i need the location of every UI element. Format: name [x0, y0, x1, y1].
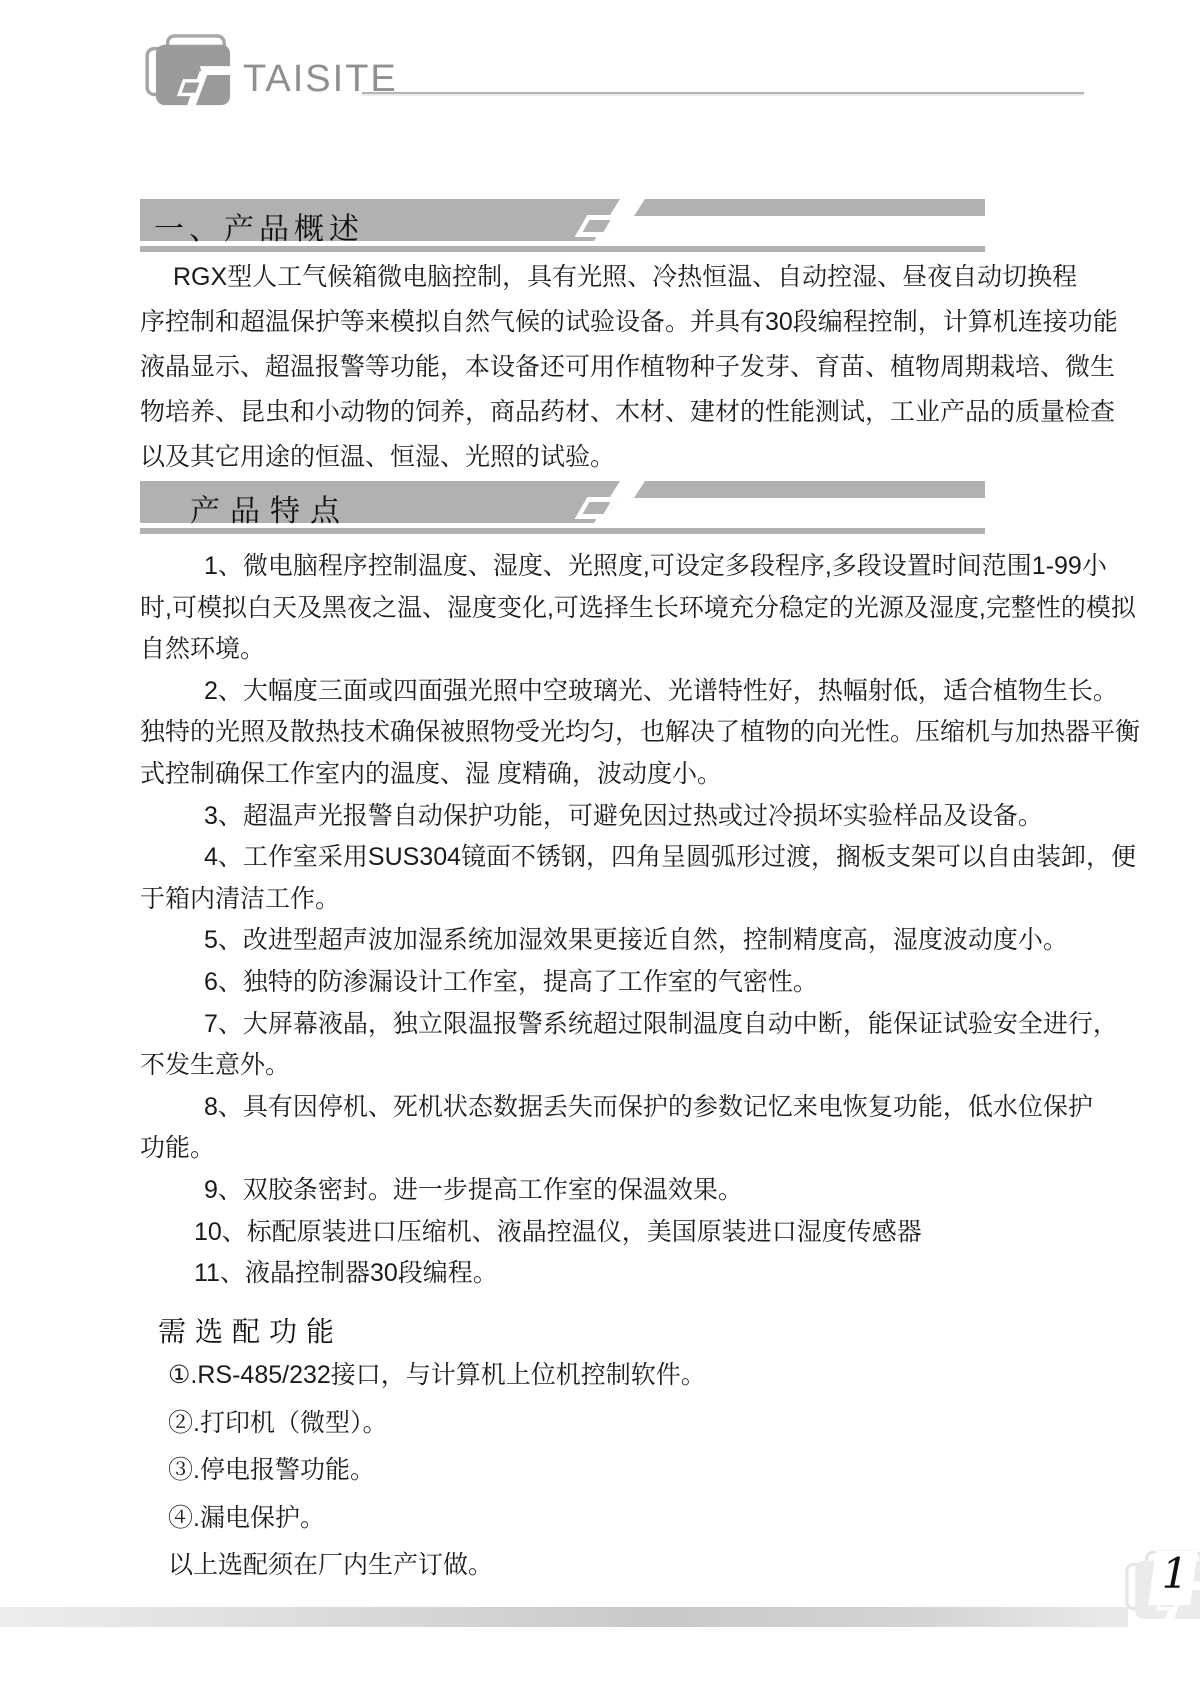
- section-bar-overview: 一、产品概述: [140, 199, 985, 252]
- header-rule: [362, 92, 1084, 96]
- text-line: 独特的光照及散热技术确保被照物受光均匀，也解决了植物的向光性。压缩机与加热器平衡: [140, 712, 1090, 754]
- section-title-features: 产品特点: [190, 486, 350, 530]
- text-line: 1、微电脑程序控制温度、湿度、光照度,可设定多段程序,多段设置时间范围1-99小: [140, 546, 1090, 588]
- text-line: 物培养、昆虫和小动物的饲养，商品药材、木材、建材的性能测试，工业产品的质量检查: [140, 390, 1090, 435]
- text-line: 液晶显示、超温报警等功能，本设备还可用作植物种子发芽、育苗、植物周期栽培、微生: [140, 345, 1090, 390]
- section-bar-features: 产品特点: [140, 481, 985, 534]
- text-line: 10、标配原装进口压缩机、液晶控温仪，美国原装进口湿度传感器: [140, 1212, 1090, 1254]
- document-page: TAISITE 一、产品概述 RGX型人工气候箱微电脑控制，具有光照、冷热恒温、…: [0, 0, 1200, 1694]
- text-line: 8、具有因停机、死机状态数据丢失而保护的参数记忆来电恢复功能，低水位保护: [140, 1087, 1090, 1129]
- text-line: 序控制和超温保护等来模拟自然气候的试验设备。并具有30段编程控制，计算机连接功能: [140, 300, 1090, 345]
- text-line: 7、大屏幕液晶，独立限温报警系统超过限制温度自动中断，能保证试验安全进行，: [140, 1004, 1090, 1046]
- text-line: 不发生意外。: [140, 1045, 1090, 1087]
- text-line: ④.漏电保护。: [168, 1495, 1118, 1543]
- text-line: 于箱内清洁工作。: [140, 879, 1090, 921]
- text-line: 6、独特的防渗漏设计工作室，提高了工作室的气密性。: [140, 962, 1090, 1004]
- text-line: 5、改进型超声波加湿系统加湿效果更接近自然，控制精度高，湿度波动度小。: [140, 920, 1090, 962]
- text-line: ①.RS-485/232接口，与计算机上位机控制软件。: [168, 1352, 1118, 1400]
- text-line: 4、工作室采用SUS304镜面不锈钢，四角呈圆弧形过渡，搁板支架可以自由装卸，便: [140, 837, 1090, 879]
- page-number: 1: [1160, 1549, 1190, 1598]
- text-line: 以及其它用途的恒温、恒湿、光照的试验。: [140, 435, 1090, 480]
- text-line: ②.打印机（微型）。: [168, 1400, 1118, 1448]
- text-line: 3、超温声光报警自动保护功能，可避免因过热或过冷损坏实验样品及设备。: [140, 796, 1090, 838]
- text-line: 功能。: [140, 1128, 1090, 1170]
- text-line: RGX型人工气候箱微电脑控制，具有光照、冷热恒温、自动控湿、昼夜自动切换程: [140, 255, 1090, 300]
- footer-rule: [0, 1607, 1128, 1627]
- bar-right-block: [634, 199, 985, 216]
- text-line: 时,可模拟白天及黑夜之温、湿度变化,可选择生长环境充分稳定的光源及湿度,完整性的…: [140, 588, 1090, 630]
- text-line: 9、双胶条密封。进一步提高工作室的保温效果。: [140, 1170, 1090, 1212]
- text-line: ③.停电报警功能。: [168, 1447, 1118, 1495]
- text-line: 自然环境。: [140, 629, 1090, 671]
- optional-heading: 需选配功能: [158, 1310, 343, 1350]
- text-line: 以上选配须在厂内生产订做。: [168, 1542, 1118, 1590]
- features-list: 1、微电脑程序控制温度、湿度、光照度,可设定多段程序,多段设置时间范围1-99小…: [140, 546, 1090, 1295]
- text-line: 11、液晶控制器30段编程。: [140, 1253, 1090, 1295]
- bar-right-block: [634, 481, 985, 498]
- text-line: 式控制确保工作室内的温度、湿 度精确，波动度小。: [140, 754, 1090, 796]
- text-line: 2、大幅度三面或四面强光照中空玻璃光、光谱特性好，热幅射低，适合植物生长。: [140, 671, 1090, 713]
- section-title-overview: 一、产品概述: [154, 204, 364, 248]
- optional-items: ①.RS-485/232接口，与计算机上位机控制软件。②.打印机（微型）。③.停…: [168, 1352, 1118, 1590]
- overview-paragraph: RGX型人工气候箱微电脑控制，具有光照、冷热恒温、自动控湿、昼夜自动切换程序控制…: [140, 255, 1090, 480]
- taisite-logo-icon: [142, 34, 244, 112]
